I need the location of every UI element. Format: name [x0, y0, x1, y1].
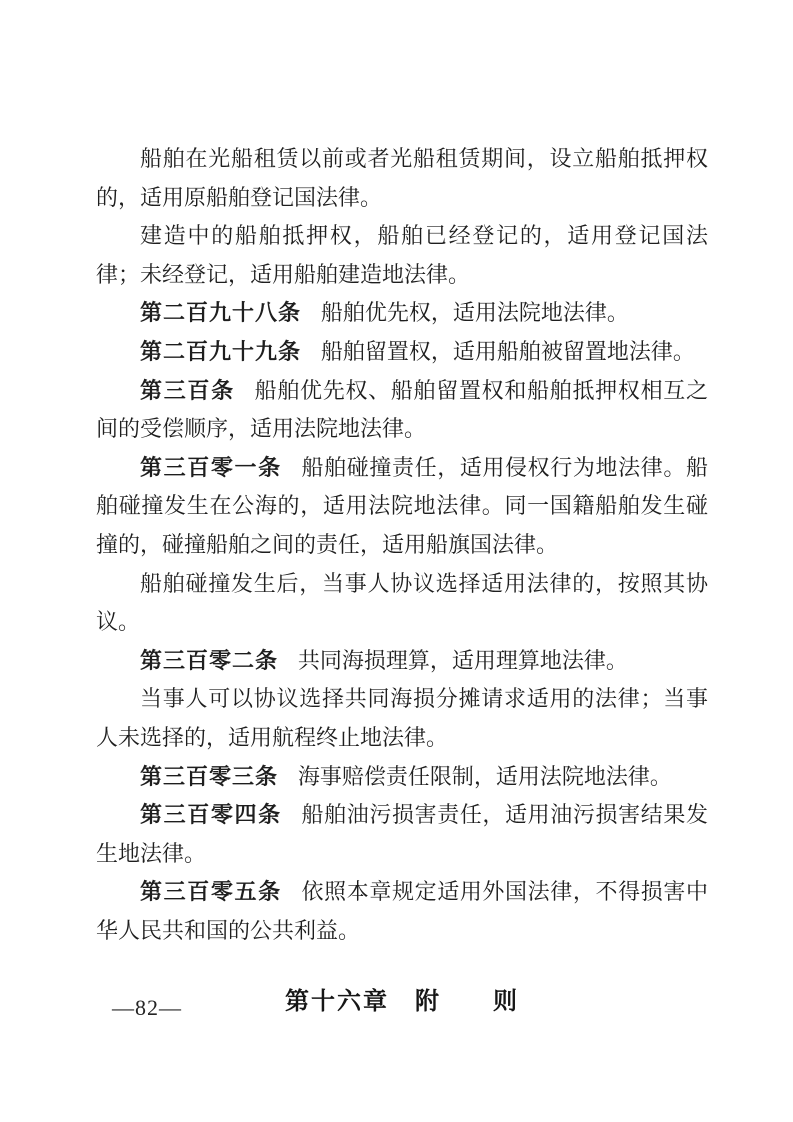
article-number: 第三百零四条 — [140, 802, 282, 827]
article-number: 第二百九十九条 — [140, 339, 301, 364]
paragraph-text: 船舶优先权，适用法院地法律。 — [321, 300, 629, 325]
paragraph-text: 建造中的船舶抵押权，船舶已经登记的，适用登记国法律；未经登记，适用船舶建造地法律… — [96, 223, 708, 287]
article-number: 第二百九十八条 — [140, 300, 301, 325]
paragraph-text: 船舶在光船租赁以前或者光船租赁期间，设立船舶抵押权的，适用原船舶登记国法律。 — [96, 146, 708, 210]
paragraph: 第二百九十八条船舶优先权，适用法院地法律。 — [96, 294, 708, 333]
paragraph: 船舶碰撞发生后，当事人协议选择适用法律的，按照其协议。 — [96, 565, 708, 642]
document-body: 船舶在光船租赁以前或者光船租赁期间，设立船舶抵押权的，适用原船舶登记国法律。 建… — [96, 140, 708, 1022]
paragraph: 第三百零一条船舶碰撞责任，适用侵权行为地法律。船舶碰撞发生在公海的，适用法院地法… — [96, 449, 708, 565]
paragraph: 第三百零三条海事赔偿责任限制，适用法院地法律。 — [96, 758, 708, 797]
paragraph: 当事人可以协议选择共同海损分摊请求适用的法律；当事人未选择的，适用航程终止地法律… — [96, 680, 708, 757]
chapter-heading: 第十六章 附 则 — [96, 983, 708, 1022]
article-number: 第三百零五条 — [140, 879, 282, 904]
paragraph: 第二百九十九条船舶留置权，适用船舶被留置地法律。 — [96, 333, 708, 372]
paragraph-text: 共同海损理算，适用理算地法律。 — [298, 648, 628, 673]
paragraph-text: 当事人可以协议选择共同海损分摊请求适用的法律；当事人未选择的，适用航程终止地法律… — [96, 686, 708, 750]
paragraph-text: 船舶留置权，适用船舶被留置地法律。 — [321, 339, 695, 364]
page-number: —82— — [112, 995, 182, 1021]
paragraph-text: 海事赔偿责任限制，适用法院地法律。 — [298, 764, 672, 789]
paragraph-text: 船舶碰撞发生后，当事人协议选择适用法律的，按照其协议。 — [96, 571, 708, 635]
article-number: 第三百零二条 — [140, 648, 278, 673]
paragraph: 船舶在光船租赁以前或者光船租赁期间，设立船舶抵押权的，适用原船舶登记国法律。 — [96, 140, 708, 217]
article-number: 第三百条 — [140, 378, 235, 403]
paragraph: 第三百零二条共同海损理算，适用理算地法律。 — [96, 642, 708, 681]
article-number: 第三百零三条 — [140, 764, 278, 789]
paragraph: 第三百零四条船舶油污损害责任，适用油污损害结果发生地法律。 — [96, 796, 708, 873]
paragraph: 第三百零五条依照本章规定适用外国法律，不得损害中华人民共和国的公共利益。 — [96, 873, 708, 950]
paragraph: 建造中的船舶抵押权，船舶已经登记的，适用登记国法律；未经登记，适用船舶建造地法律… — [96, 217, 708, 294]
document-page: 船舶在光船租赁以前或者光船租赁期间，设立船舶抵押权的，适用原船舶登记国法律。 建… — [0, 0, 793, 1122]
paragraph: 第三百条船舶优先权、船舶留置权和船舶抵押权相互之间的受偿顺序，适用法院地法律。 — [96, 372, 708, 449]
article-number: 第三百零一条 — [140, 455, 282, 480]
